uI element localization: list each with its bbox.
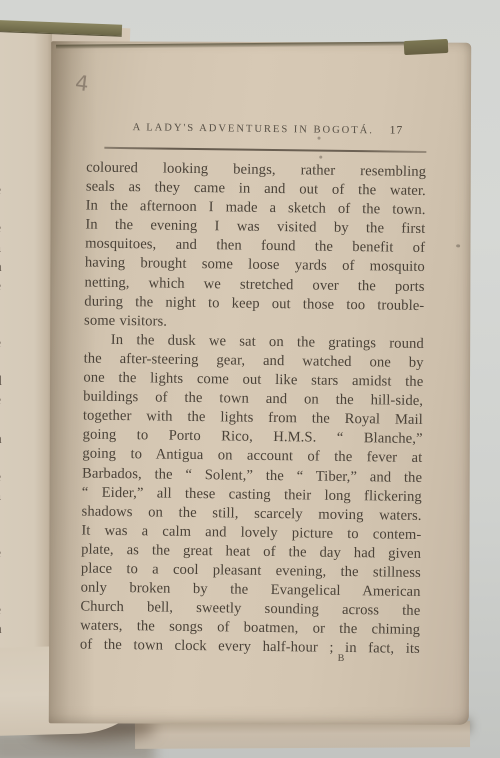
edge-letter-fragment: s (0, 505, 11, 524)
edge-letter-fragment: e (0, 333, 11, 352)
book-page: 4 A LADY'S ADVENTURES IN BOGOTÁ. 17 colo… (49, 41, 471, 724)
text-line: of the town clock every half-hour ; in f… (80, 636, 420, 660)
edge-letter-fragment: s (0, 409, 11, 428)
edge-letter-fragment: e (0, 390, 11, 409)
edge-letter-fragment: e (0, 600, 11, 619)
edge-letter-fragment: e (0, 218, 11, 237)
edge-letter-fragment: s (0, 581, 11, 600)
edge-letter-fragment: r (0, 142, 11, 161)
paper-speck (318, 137, 321, 140)
edge-letter-fragment: a (0, 238, 11, 257)
signature-mark: B (338, 653, 346, 664)
edge-letter-fragment: - (0, 123, 11, 142)
edge-letter-fragment: t (0, 562, 11, 581)
edge-letter-fragment: a (0, 486, 11, 505)
page-text: coloured looking beings, rather resembli… (80, 159, 426, 660)
edge-letter-fragment: e (0, 543, 11, 562)
edge-letter-fragment: r (0, 524, 11, 543)
edge-letter-fragment: t (0, 295, 11, 314)
verso-edge-text-fragments: -rteseanetserdesnteasretsenrset (0, 123, 11, 715)
edge-letter-fragment: s (0, 199, 11, 218)
edge-letter-fragment: r (0, 352, 11, 371)
edge-letter-fragment: e (0, 180, 11, 199)
edge-letter-fragment: t (0, 161, 11, 180)
edge-letter-fragment: e (0, 467, 11, 486)
book-top-edge-right (404, 39, 449, 55)
edge-letter-fragment: e (0, 276, 11, 295)
paper-speck (319, 156, 322, 159)
photo-of-book-page: { "book_page": { "running_header": { "ti… (0, 0, 500, 758)
header-rule (104, 147, 426, 153)
edge-letter-fragment: t (0, 448, 11, 467)
pencil-annotation: 4 (74, 71, 90, 96)
running-title: A LADY'S ADVENTURES IN BOGOTÁ. (133, 122, 374, 136)
edge-letter-fragment: n (0, 619, 11, 638)
page-content: 4 A LADY'S ADVENTURES IN BOGOTÁ. 17 colo… (43, 41, 472, 728)
edge-letter-fragment: n (0, 257, 11, 276)
edge-letter-fragment: s (0, 314, 11, 333)
page-number: 17 (390, 125, 404, 137)
edge-letter-fragment: d (0, 371, 11, 390)
edge-letter-fragment: n (0, 429, 11, 448)
paper-speck (456, 244, 460, 247)
